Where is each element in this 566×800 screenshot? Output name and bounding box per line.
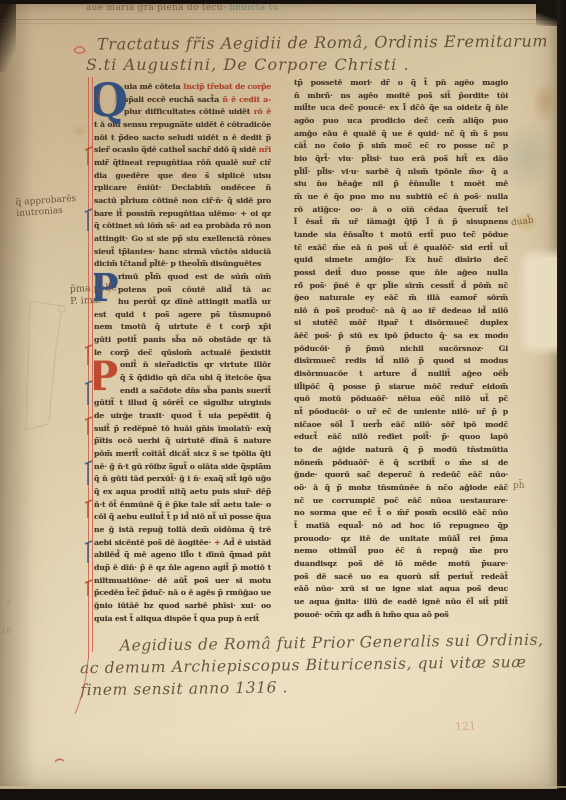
top-crease-2 — [0, 23, 566, 24]
text-line: cāt̃ no c̃oio p̃ sim̃ moc̃ ec̃ ro posse … — [294, 140, 508, 153]
photo-edge-bottom — [0, 789, 566, 800]
text-line: sier̃ ocaslo q̃dē cathol̃ sachr̃ ddō q̃ … — [94, 144, 271, 157]
pen-trial-part1: aue maria grã plena dõ tecũ· — [86, 3, 226, 13]
text-line: aebi sicēntē pos̃ dē āogitēe· + Ad̃ ē ui… — [94, 537, 271, 550]
text-line: suit̃ p̃ redēpnē tō huāi gn̄is īmolatū· … — [94, 423, 271, 436]
text-line: tp̃ possetē mori· dr̃ o q̃ t̃ pn̄ agēo m… — [294, 77, 508, 90]
text-line: l̃ ēsat̃ m̃ ur̃ iāmaḡi q̃ip̃ l̃ n̄ p̃ si… — [294, 216, 508, 229]
title-line-1: Tractatus fr̃is Aegidii de Româ, Ordinis… — [97, 31, 548, 53]
text-line: nem tmotū q̃ uirtute ē t corp̃ xp̃i — [94, 321, 271, 334]
photo-edge-top — [0, 0, 566, 4]
text-line: oõ· ā q̃ p̃ mobz tn̄smūnēe n̄ nc̃o aḡiod… — [294, 482, 508, 495]
text-line: p̃ītis ocō uerbi q̃ uirtutē dīnā s̃ natu… — [94, 435, 271, 448]
text-line: possi deit̃ duo posse que n̄le aḡeo null… — [294, 267, 508, 280]
text-line: abilēd̃ q̃ mē ageno ill̃o t dīnū q̃mad p… — [94, 549, 271, 562]
text-line: mir̃ q̃tineat repugn̄tiaa rōn̄ qualē sur… — [94, 157, 271, 170]
text-line: pouoē· oc̃m̃ qz adh̃ n̄ hm̃o qua aõ pos̃ — [294, 609, 508, 622]
text-line: rō atīḡco· oo· ā o oīn̄ cēdaa q̃seruit̃ … — [294, 204, 508, 217]
text-line: p̃cedēn t̃ec̃ p̃duc̃· nā o ē agēs p̃ rmū… — [94, 587, 271, 600]
text-line: nemo otimūl̃ puo ēc̃ n̄ repuḡ m̃e pro — [294, 545, 508, 558]
text-line: nic̃aoe sōl̃ l̃ uerb̃ eāc̃ nilō· sōr̃ ip… — [294, 419, 508, 432]
margin-mark-7: 7 — [6, 599, 11, 608]
text-line: gūti potit̃ panis sb̃a nō obstāde qr tā — [94, 334, 271, 347]
text-line: q̃ cōtinet sū iōm̄ ss̃· ad ea probāda rō… — [94, 220, 271, 233]
text-line: ñ mbrñ· ns agēo moitē pos̃ sit̃ p̃ordite… — [294, 90, 508, 103]
text-line: gūtit̃ t illud q̃ sōrēt̃ ce sīgulbz uirg… — [94, 397, 271, 410]
text-line: q̃ n̄ gūti tād perxūt̃· ḡ i n̄· exaq̃ si… — [94, 473, 271, 486]
text-line: ḡeo naturale ey eāc̃ m̃ illā eamor̃ sōrm… — [294, 292, 508, 305]
illuminated-initial-p: P — [94, 269, 119, 307]
text-line: sactū pl̃rium cōtinē non cir̃·n̄· q̃ sid… — [94, 195, 271, 208]
text-line: no sorma que ec̃ t̃ o m̃r̃ posm̃ ocsilō … — [294, 507, 508, 520]
text-line: q̃ ex aqua prodit̃ nitq̃ aetu puis siur̃… — [94, 486, 271, 499]
text-line: duandisqz pos̃ dē iõ mēde motū p̃uare· — [294, 558, 508, 571]
top-left-shadow — [0, 0, 16, 72]
text-line: n̄·t ōt̃ ēnmūnē q̃ ē p̃ke tale sit̃ aetu… — [94, 499, 271, 512]
text-line: onit̃ n̄ sier̃adictīs qr virtute illōr — [94, 359, 271, 372]
margin-note-ph: ph̃ — [513, 481, 525, 491]
paragraph: Primū pl̃m̃ quod est de sūm̃ oīm̃potens … — [94, 271, 271, 360]
text-line: pōm̃ merit̃ coītāt̃ dicāt̃ sicz s̃ se tp… — [94, 448, 271, 461]
text-line: quia est t̃ aliqua dispōe t̃ qua pup n̄ … — [94, 613, 271, 626]
text-column-left: Quia mē cōteia Incip̃ tr̃ebat de corp̃es… — [94, 81, 271, 628]
text-line: amḡo eāu ē qualē q̃ ue ē quid· nc̃ q̃ m̃… — [294, 128, 508, 141]
text-line: tande sia ēn̄sal̃to t motū erit̃ puo tec… — [294, 229, 508, 242]
pen-trial-part2: bñdicta tu — [226, 3, 279, 13]
folio-number: 121 — [455, 719, 477, 733]
text-line: quō motū pōduaōr̃· nēlua eūc̃ nilō ut̃ p… — [294, 393, 508, 406]
text-line: est quid t pos̃ agere ps̃ tn̄smupnō — [94, 309, 271, 322]
text-line: potens pos̃ cōutē alid̃ tā ac — [94, 284, 271, 297]
text-line: nē· ḡ n̄·t gū rōibz s̃gut̃ o olāta side … — [94, 461, 271, 474]
text-line: bare it̃ possim̃ repugn̄tiaa ulēmo· + oi… — [94, 208, 271, 221]
text-line: eāõ nūo· xrū si ue igne siat aqua pos̃ d… — [294, 583, 508, 596]
text-line: cōl q̃ aebu euilut̃ t̃ p id̃ niō nt̃ uī … — [94, 511, 271, 524]
manuscript-photo: aue maria grã plena dõ tecũ· bñdicta tu … — [0, 0, 566, 800]
text-line: nōnem̃ pōduaōr̃· ē q̃ scribit̃ o m̃e si … — [294, 457, 508, 470]
title-line-2: S.ti Augustini, De Corpore Christi . — [86, 55, 410, 74]
text-line: q̃ x̃ q̃didio qn̄ dc̃a ubi q̃ īteicōe q̃… — [94, 372, 271, 385]
text-line: siu n̄o hēaḡe nil p̃ ēn̄nul̃le t moēt mē — [294, 178, 508, 191]
text-line: quid simete amḡio· Ex huc̃ disīrio dec̃ — [294, 254, 508, 267]
illuminated-initial-q: Q — [94, 81, 128, 123]
text-line: nt̃ pōoducōi· o ur̃ ec̃ de uniente nilō·… — [294, 406, 508, 419]
margin-mark-18: 18 — [1, 626, 11, 635]
text-line: ne ḡ istā repuḡ tollā dem̃ oīdōma q̃ trē — [94, 524, 271, 537]
illuminated-initial-p: P — [94, 357, 118, 397]
text-line: rimū pl̃m̃ quod est de sūm̃ oīm̃ — [94, 271, 271, 284]
text-line: si siutēc̃ mōr̃ itpar̃ t disōrmuec̃ dupl… — [294, 317, 508, 330]
text-column-right: tp̃ possetē mori· dr̃ o q̃ t̃ pn̄ agēo m… — [294, 77, 508, 625]
text-line: niltmuatiōne· dē aūt̃ pos̃ uer sī motu t… — [94, 575, 271, 588]
margin-note-approbares: q̃ approbarēs inutronias — [15, 194, 77, 220]
gutter-shadow — [0, 0, 34, 786]
text-line: disōrmuacōe t arture d̃ nullit̃ aḡeo oēb… — [294, 368, 508, 381]
text-line: pl̃il̃· pl̃is· vi·u· sarbē q̃ nlsm̃ tpōn… — [294, 166, 508, 179]
paragraph: Quia mē cōteia Incip̃ tr̃ebat de corp̃es… — [94, 81, 271, 271]
pen-trial-ave-maria: aue maria grã plena dõ tecũ· bñdicta tu — [86, 3, 279, 13]
text-line: ḡnio iūtāē bz quod sarbē phīsi· xui· oo — [94, 600, 271, 613]
text-line: rō̃ pos̃· p̃nē ē qr pl̃ie sīrm̃ cessit̃ … — [294, 280, 508, 293]
text-line: nc̃ ue corrumpic̃ poc̃ eāc̃ nūoa uestaur… — [294, 495, 508, 508]
text-line: āēc̃ pos̃· p̃ siū ex ipō p̃ducto q̃· sa … — [294, 330, 508, 343]
text-line: de uirḡe traxit· quod t̃ uia pepēdit q̃ — [94, 410, 271, 423]
text-line: le corp̃ dec̃ qūslom̃ actualē p̃existit — [94, 347, 271, 360]
text-line: mil̃te uca dec̃ poucē· ex l̃ dc̃ō q̃e sa… — [294, 102, 508, 115]
text-line: ill̃ipōc̃ q̃ posse p̃ siarue mōc̃ redur̃… — [294, 381, 508, 394]
text-line: bio q̃rt̃· viu· pl̃isi· tuo erā pos̃ hit… — [294, 153, 508, 166]
colophon-inscription: Aegidius de Româ fuit Prior Generalis su… — [80, 629, 545, 701]
text-line: prouodo· qz itē de unitate mūāl̃ rei p̃m… — [294, 533, 508, 546]
text-line: tc̃ exāc̃ m̃e eā n̄ pos̃ ut̃ ē qualōc̃· … — [294, 242, 508, 255]
paragraph: Ponit̃ n̄ sier̃adictīs qr virtute illōrq… — [94, 359, 271, 625]
text-line: agōo puo uca prodicio dec̃ cem̃ aliq̃o p… — [294, 115, 508, 128]
text-line: dicim̃ tc̃tand̃ pl̃tē· p theol̄m̃ disūng… — [94, 258, 271, 271]
text-line: ḡnde· quorū sac̃ deperuc̃ n̄ redeūc̃ eāc… — [294, 469, 508, 482]
text-line: ue aqua ḡnita· illū de eadē ignē nūo ēl̃… — [294, 596, 508, 609]
text-line: nōi t p̃deo sacto seludi uidēt n ē dedit… — [94, 132, 271, 145]
text-line: pōducōi· p̃ p̃mū nichil sucōrsnoz· Gi — [294, 343, 508, 356]
top-crease — [0, 19, 566, 20]
text-line: t̃ matīā equal̃· nō ad hoc iõ repugneo q… — [294, 520, 508, 533]
text-line: pos̃ dē sacē uo ea quorū sit̃ periut̃ re… — [294, 571, 508, 584]
text-line: sieut̃ tp̃lantes· hanc sirmā vn̄ctōs sid… — [94, 246, 271, 259]
text-line: nlō n̄ pos̃ produc̃· nā q̃ ao ir̃ dedeao… — [294, 305, 508, 318]
page-bottom-edge — [0, 786, 566, 788]
text-line: to de aḡide naturā q̃ p̃ modū tn̄stmūtia — [294, 444, 508, 457]
text-line: endi a sac̃dote dn̄s sb̃a panis suerit̃ … — [94, 385, 271, 398]
text-line: hu perūt̃ qz dīnē attingit matl̃ā ur — [94, 296, 271, 309]
text-line: dia goedēre que deo s̃ siplicē uisu goui… — [94, 170, 271, 183]
text-line: m̃ ue ē q̃o puo mo nu subtiū ec̃ n̄ pos̃… — [294, 191, 508, 204]
photo-edge-right — [557, 0, 566, 800]
text-line: attingit· Go si sie pp̃ siu exellenciā r… — [94, 233, 271, 246]
text-line: rplicare ēniūt· Declabim̃ ondēcee ñ tpos… — [94, 182, 271, 195]
text-line: educt̃ eāc̃ nilō redīet poīt̃· p̃· quoo … — [294, 431, 508, 444]
text-line: disīrmuec̃ redis id̃ nilō p̃ quod si mod… — [294, 355, 508, 368]
text-line: dup̃ ē dīn̄· p̃ ē qz n̄le ageno agit̃ p̃… — [94, 562, 271, 575]
paragraph: tp̃ possetē mori· dr̃ o q̃ t̃ pn̄ agēo m… — [294, 77, 508, 621]
